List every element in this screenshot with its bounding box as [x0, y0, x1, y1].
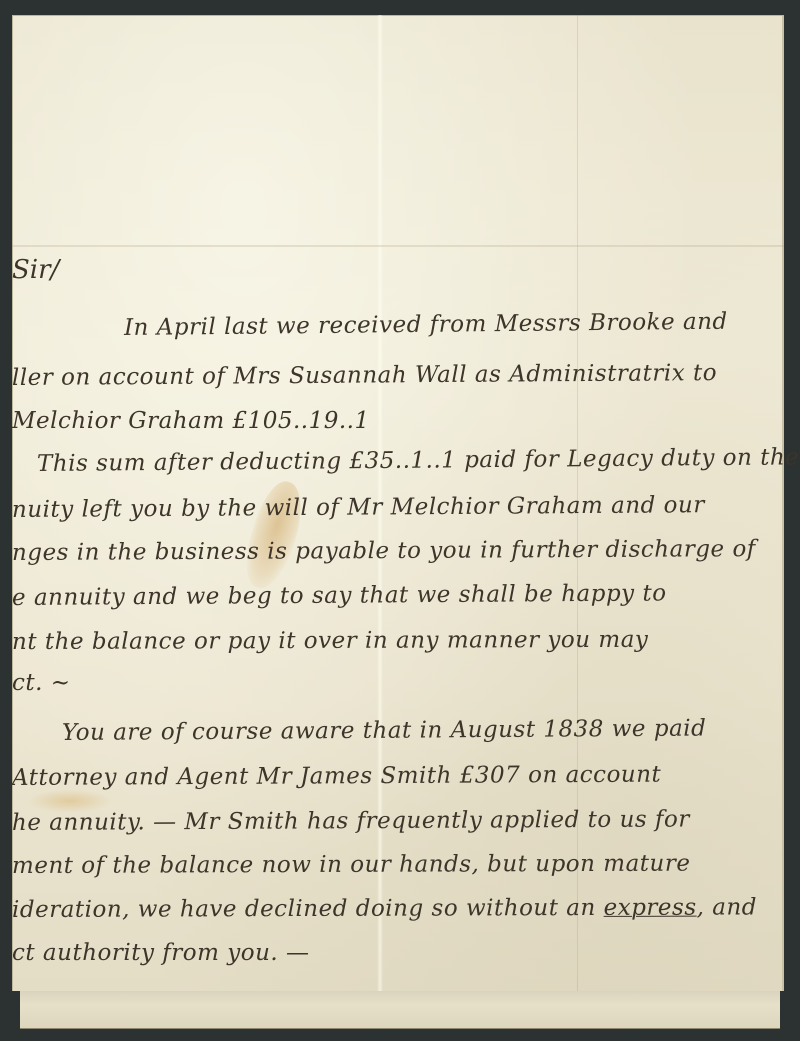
horizontal-fold-crease: [12, 245, 784, 247]
letter-line-with-underline: ideration, we have declined doing so wit…: [12, 894, 757, 923]
letter-line: In April last we received from Messrs Br…: [124, 309, 728, 341]
letter-line: he annuity. — Mr Smith has frequently ap…: [12, 806, 690, 836]
letter-line: nuity left you by the will of Mr Melchio…: [12, 492, 705, 523]
letter-line-text: ideration, we have declined doing so wit…: [12, 895, 604, 923]
water-stain: [236, 476, 312, 594]
salutation: Sir/: [12, 255, 59, 285]
bleed-through-text: [92, 130, 772, 256]
letter-line: Melchior Graham £105..19..1: [12, 408, 370, 434]
letter-line: e annuity and we beg to say that we shal…: [12, 580, 667, 611]
letter-line: You are of course aware that in August 1…: [62, 716, 707, 746]
letter-line: Attorney and Agent Mr James Smith £307 o…: [12, 762, 661, 791]
letter-line: nges in the business is payable to you i…: [12, 536, 756, 566]
letter-line: ller on account of Mrs Susannah Wall as …: [12, 360, 717, 391]
letter-line: This sum after deducting £35..1..1 paid …: [37, 444, 800, 477]
letter-line-tail: , and: [697, 894, 757, 920]
underlined-word: express: [604, 895, 697, 921]
underlying-sheet-edge: [20, 990, 780, 1029]
letter-line: ct. ~: [12, 670, 71, 696]
letter-line: nt the balance or pay it over in any man…: [12, 627, 648, 655]
letter-line: ment of the balance now in our hands, bu…: [12, 851, 691, 879]
letter-line: ct authority from you. —: [12, 940, 310, 966]
letter-page: Sir/ In April last we received from Mess…: [12, 15, 784, 991]
